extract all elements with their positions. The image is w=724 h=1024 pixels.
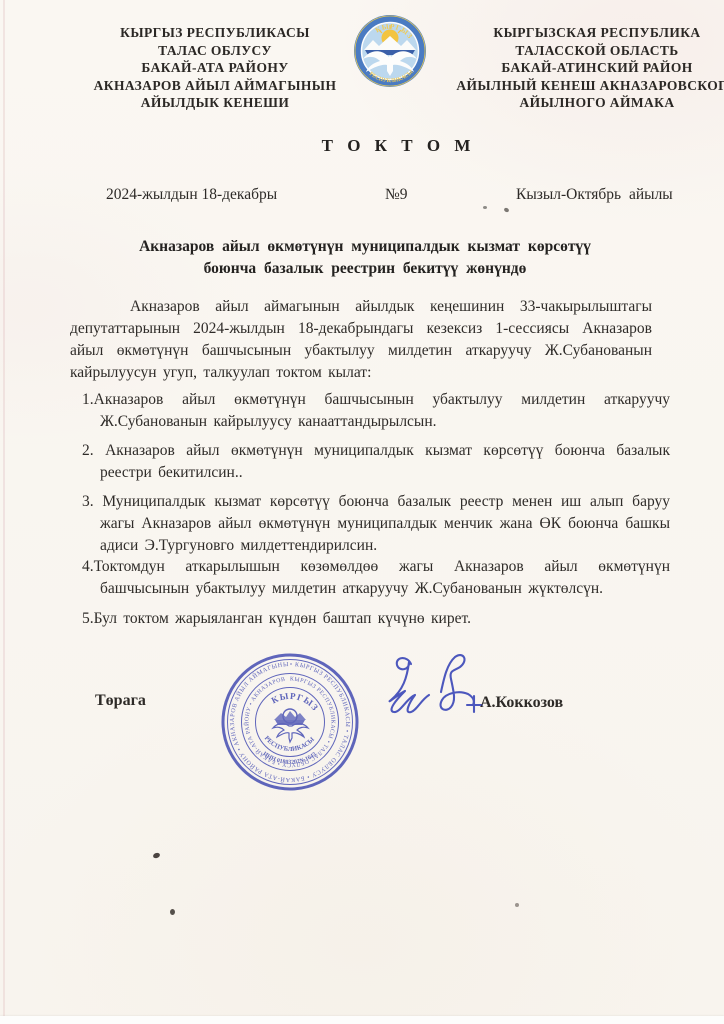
- chairman-name: А.Коккозов: [480, 694, 563, 712]
- header-right: КЫРГЫЗСКАЯ РЕСПУБЛИКА ТАЛАССКОЙ ОБЛАСТЬ …: [455, 24, 724, 112]
- header-line: АЙЫЛДЫК КЕНЕШИ: [75, 94, 355, 112]
- header-line: БАКАЙ-АТИНСКИЙ РАЙОН: [455, 59, 724, 77]
- official-round-stamp-icon: • КЫРГЫЗ РЕСПУБЛИКАСЫ • ТАЛАС ОБЛУСУ • Б…: [218, 650, 362, 794]
- scanned-decree-page: КЫРГЫЗ РЕСПУБЛИКАСЫ ТАЛАС ОБЛУСУ БАКАЙ-А…: [0, 0, 724, 1024]
- decree-date: 2024-жылдын 18-декабры: [106, 186, 277, 204]
- header-line: ТАЛАС ОБЛУСУ: [75, 42, 355, 60]
- header-left: КЫРГЫЗ РЕСПУБЛИКАСЫ ТАЛАС ОБЛУСУ БАКАЙ-А…: [75, 24, 355, 112]
- header-line: КЫРГЫЗСКАЯ РЕСПУБЛИКА: [455, 24, 724, 42]
- header-line: АЙЫЛНЫЙ КЕНЕШ АКНАЗАРОВСКОГО: [455, 77, 724, 95]
- handwritten-signature-icon: [381, 648, 489, 726]
- preamble-paragraph: Акназаров айыл аймагынын айылдык кеңешин…: [70, 296, 652, 384]
- scan-speck: [503, 207, 509, 213]
- svg-text:КЫРГЫЗ: КЫРГЫЗ: [270, 691, 321, 713]
- scan-speck: [152, 852, 160, 859]
- decree-place: Кызыл-Октябрь айылы: [516, 186, 673, 204]
- subject-line: Акназаров айыл өкмөтүнүн муниципалдык кы…: [60, 236, 670, 258]
- decree-number: №9: [385, 186, 408, 204]
- stamp-center-top-text: КЫРГЫЗ: [270, 691, 321, 713]
- header-line: АЙЫЛНОГО АЙМАКА: [455, 94, 724, 112]
- decree-subject: Акназаров айыл өкмөтүнүн муниципалдык кы…: [60, 236, 670, 280]
- chairman-role-label: Төрага: [95, 692, 146, 710]
- decree-item: 1.Акназаров айыл өкмөтүнүн башчысынын уб…: [82, 389, 670, 433]
- header-line: ТАЛАССКОЙ ОБЛАСТЬ: [455, 42, 724, 60]
- subject-line: боюнча базалык реестрин бекитүү жөнүндө: [60, 258, 670, 280]
- scan-speck: [483, 206, 487, 209]
- header-line: АКНАЗАРОВ АЙЫЛ АЙМАГЫНЫН: [75, 77, 355, 95]
- svg-text:ИНН 01803202№1643: ИНН 01803202№1643: [262, 751, 318, 766]
- decree-item: 3. Муниципалдык кызмат көрсөтүү боюнча б…: [82, 491, 670, 557]
- scan-speck: [515, 903, 519, 907]
- stamp-inn-number: ИНН 01803202№1643: [262, 751, 318, 766]
- decree-item: 4.Токтомдун аткарылышын көзөмөлдөө жагы …: [82, 556, 670, 600]
- scan-speck: [170, 909, 175, 915]
- header-line: КЫРГЫЗ РЕСПУБЛИКАСЫ: [75, 24, 355, 42]
- decree-title: Т О К Т О М: [70, 136, 724, 156]
- decree-item: 5.Бул токтом жарыяланган күндөн баштап к…: [82, 608, 670, 630]
- decree-item: 2. Акназаров айыл өкмөтүнүн муниципалдык…: [82, 440, 670, 484]
- stamp-emblem-icon: [273, 709, 308, 742]
- kyrgyz-coat-of-arms-icon: КЫРГЫЗ РЕСПУБЛИКАСЫ: [352, 13, 428, 89]
- header-line: БАКАЙ-АТА РАЙОНУ: [75, 59, 355, 77]
